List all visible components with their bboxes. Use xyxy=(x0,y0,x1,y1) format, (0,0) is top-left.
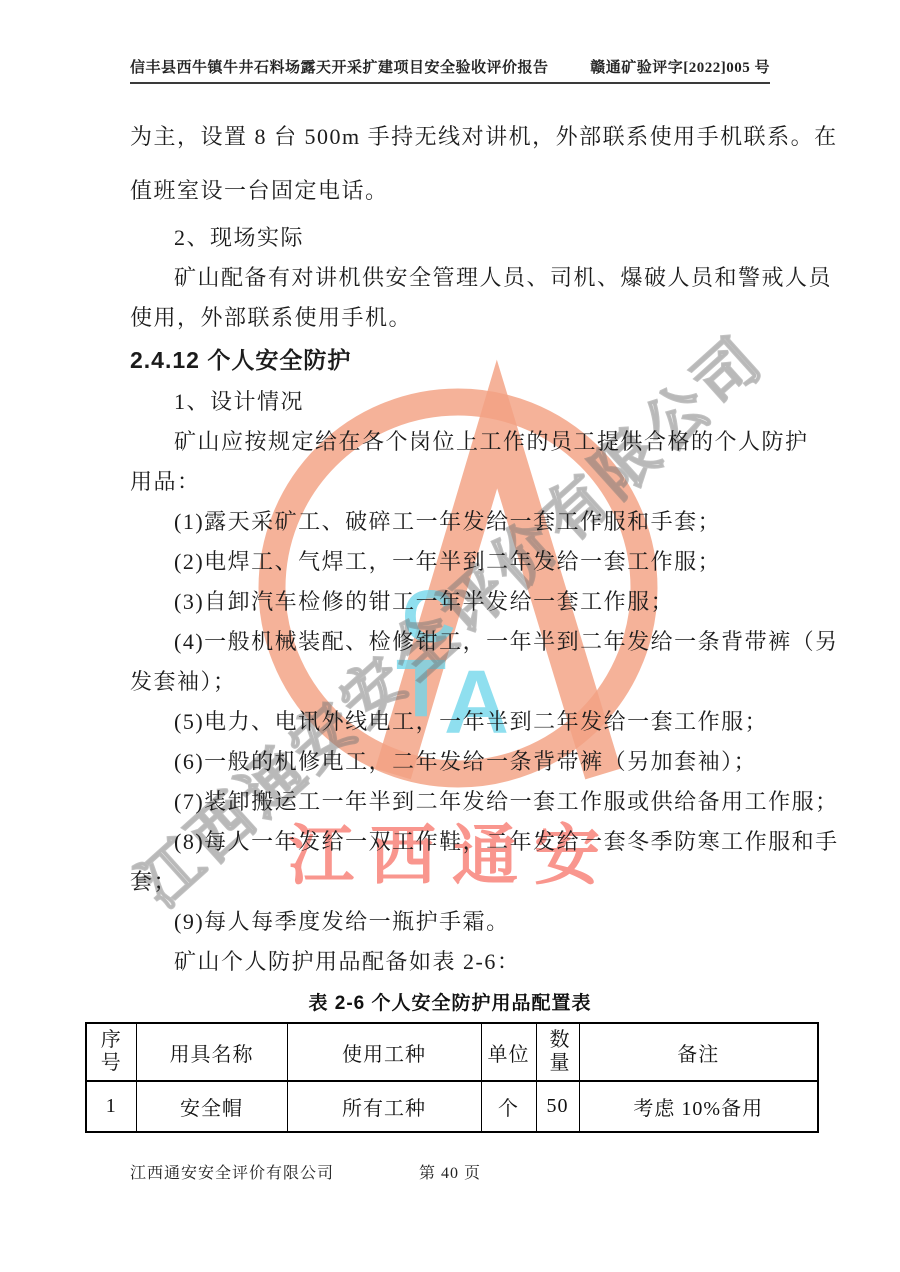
body-line: (6)一般的机修电工，二年发给一条背带裤（另加套袖）； xyxy=(130,742,770,782)
body-line: (3)自卸汽车检修的钳工一年半发给一套工作服； xyxy=(130,582,770,622)
body-line: 矿山应按规定给在各个岗位上工作的员工提供合格的个人防护 xyxy=(130,422,770,462)
table-header-row: 序号 用具名称 使用工种 单位 数量 备注 xyxy=(86,1023,818,1081)
body-line: (8)每人一年发给一双工作鞋，二年发给一套冬季防寒工作服和手 xyxy=(130,822,770,862)
body-line: (1)露天采矿工、破碎工一年发给一套工作服和手套； xyxy=(130,502,770,542)
body-line: 套； xyxy=(130,862,770,902)
body-line: 为主，设置 8 台 500m 手持无线对讲机，外部联系使用手机联系。在 xyxy=(130,110,770,164)
header-report-title: 信丰县西牛镇牛井石料场露天开采扩建项目安全验收评价报告 xyxy=(130,56,549,77)
cell-quantity: 50 xyxy=(536,1081,579,1132)
ppe-allocation-table: 序号 用具名称 使用工种 单位 数量 备注 1 安全帽 所有工种 个 50 考虑… xyxy=(85,1022,819,1133)
body-line: (4)一般机械装配、检修钳工，一年半到二年发给一条背带裤（另 xyxy=(130,622,770,662)
body-line: 使用，外部联系使用手机。 xyxy=(130,298,770,338)
page-header: 信丰县西牛镇牛井石料场露天开采扩建项目安全验收评价报告 赣通矿验评字[2022]… xyxy=(130,0,770,84)
body-line: 矿山配备有对讲机供安全管理人员、司机、爆破人员和警戒人员 xyxy=(130,258,770,298)
body-line: 矿山个人防护用品配备如表 2-6： xyxy=(130,942,770,982)
section-heading: 2.4.12 个人安全防护 xyxy=(130,338,770,382)
body-line: 2、现场实际 xyxy=(130,218,770,258)
column-header-remark: 备注 xyxy=(579,1023,818,1081)
cell-index: 1 xyxy=(86,1081,136,1132)
document-page: C T A 江西通安 江西通安安全评价有限公司 信丰县西牛镇牛井石料场露天开采扩… xyxy=(0,0,900,1272)
body-line: 用品： xyxy=(130,462,770,502)
cell-unit: 个 xyxy=(481,1081,536,1132)
body-line: (9)每人每季度发给一瓶护手霜。 xyxy=(130,902,770,942)
column-header-index: 序号 xyxy=(86,1023,136,1081)
column-header-quantity: 数量 xyxy=(536,1023,579,1081)
cell-trade: 所有工种 xyxy=(287,1081,481,1132)
footer-page-number: 第 40 页 xyxy=(130,1160,770,1183)
cell-remark: 考虑 10%备用 xyxy=(579,1081,818,1132)
body-line: 发套袖）； xyxy=(130,662,770,702)
body-line: (2)电焊工、气焊工，一年半到二年发给一套工作服； xyxy=(130,542,770,582)
table-caption: 表 2-6 个人安全防护用品配置表 xyxy=(0,988,900,1015)
table-row: 1 安全帽 所有工种 个 50 考虑 10%备用 xyxy=(86,1081,818,1132)
column-header-item-name: 用具名称 xyxy=(136,1023,287,1081)
body-line: (7)装卸搬运工一年半到二年发给一套工作服或供给备用工作服； xyxy=(130,782,770,822)
body-line: (5)电力、电讯外线电工，一年半到二年发给一套工作服； xyxy=(130,702,770,742)
column-header-unit: 单位 xyxy=(481,1023,536,1081)
cell-item: 安全帽 xyxy=(136,1081,287,1132)
document-body: 为主，设置 8 台 500m 手持无线对讲机，外部联系使用手机联系。在 值班室设… xyxy=(130,110,770,982)
body-line: 值班室设一台固定电话。 xyxy=(130,164,770,218)
header-document-code: 赣通矿验评字[2022]005 号 xyxy=(590,56,770,77)
body-line: 1、设计情况 xyxy=(130,382,770,422)
column-header-used-by-trade: 使用工种 xyxy=(287,1023,481,1081)
